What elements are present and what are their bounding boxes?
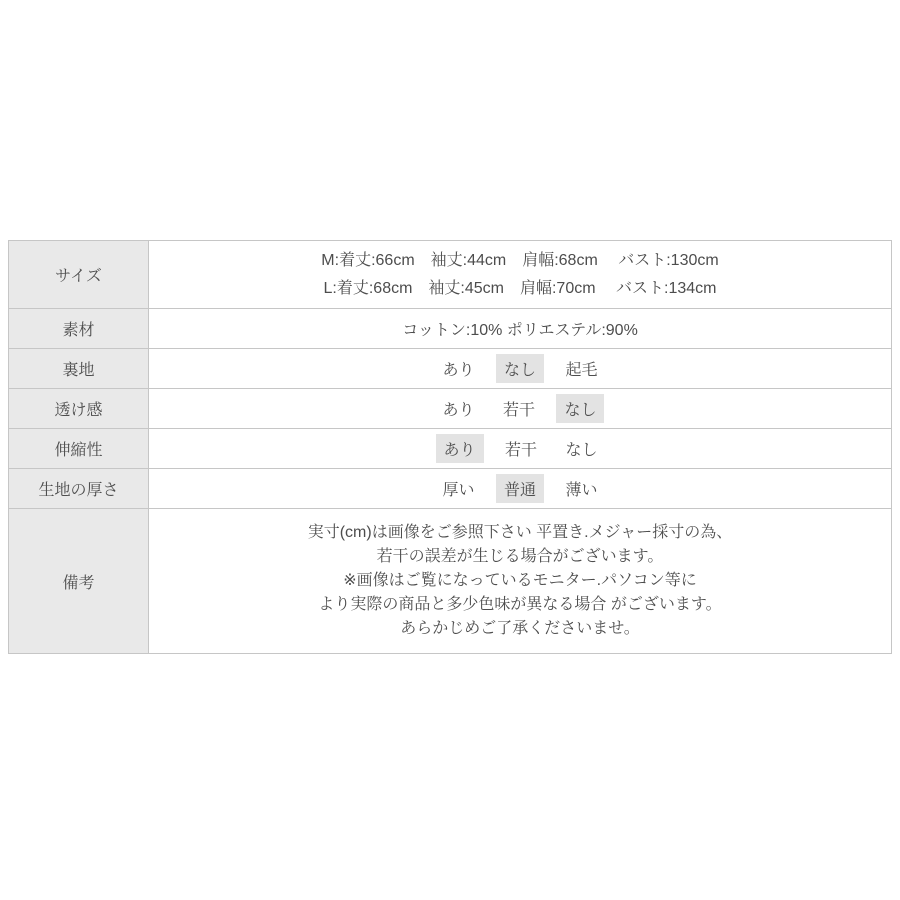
table-row-notes: 備考 実寸(cm)は画像をご参照下さい 平置き.メジャー採寸の為、 若干の誤差が… [9,509,892,654]
thickness-options: 厚い 普通 薄い [149,469,892,509]
stretch-options: あり 若干 なし [149,429,892,469]
table-row-size: サイズ M:着丈:66cm 袖丈:44cm 肩幅:68cm バスト:130cm … [9,241,892,309]
product-spec-table: サイズ M:着丈:66cm 袖丈:44cm 肩幅:68cm バスト:130cm … [8,240,892,654]
option-ari: あり [443,397,475,420]
option-atsui: 厚い [443,477,475,500]
table-row-lining: 裏地 あり なし 起毛 [9,349,892,389]
product-spec-page: サイズ M:着丈:66cm 袖丈:44cm 肩幅:68cm バスト:130cm … [0,0,900,900]
row-label-thickness: 生地の厚さ [9,469,149,509]
lining-options: あり なし 起毛 [149,349,892,389]
option-nashi-selected: なし [556,394,604,423]
material-value: コットン:10% ポリエステル:90% [149,309,892,349]
option-kimo: 起毛 [565,357,597,380]
row-label-lining: 裏地 [9,349,149,389]
row-label-notes: 備考 [9,509,149,654]
option-nashi: なし [565,437,597,460]
option-usui: 薄い [565,477,597,500]
notes-text: 実寸(cm)は画像をご参照下さい 平置き.メジャー採寸の為、 若干の誤差が生じる… [149,509,892,654]
table-row-material: 素材 コットン:10% ポリエステル:90% [9,309,892,349]
size-values: M:着丈:66cm 袖丈:44cm 肩幅:68cm バスト:130cm L:着丈… [149,241,892,309]
option-jakkan: 若干 [505,437,537,460]
row-label-size: サイズ [9,241,149,309]
row-label-material: 素材 [9,309,149,349]
option-jakkan: 若干 [503,397,535,420]
sheerness-options: あり 若干 なし [149,389,892,429]
option-nashi-selected: なし [496,354,544,383]
table-row-sheerness: 透け感 あり 若干 なし [9,389,892,429]
row-label-sheerness: 透け感 [9,389,149,429]
option-ari-selected: あり [436,434,484,463]
option-futsuu-selected: 普通 [496,474,544,503]
table-row-thickness: 生地の厚さ 厚い 普通 薄い [9,469,892,509]
option-ari: あり [443,357,475,380]
table-row-stretch: 伸縮性 あり 若干 なし [9,429,892,469]
row-label-stretch: 伸縮性 [9,429,149,469]
